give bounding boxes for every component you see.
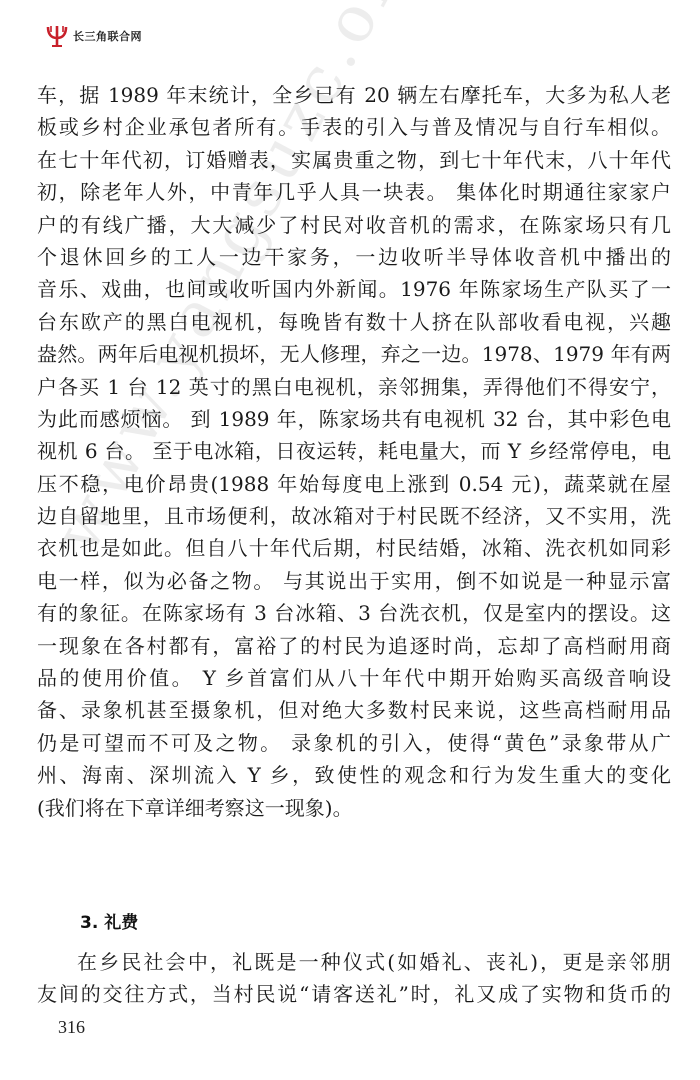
text-line: 在七十年代初，订婚赠表，实属贵重之物，到七十年代末，八十年代 [37, 144, 671, 176]
text-line: 边自留地里，且市场便利，故冰箱对于村民既不经济，又不实用，洗 [37, 500, 671, 532]
text-line: 备、录象机甚至摄象机，但对绝大多数村民来说，这些高档耐用品 [37, 694, 671, 726]
psi-logo-icon [46, 24, 68, 48]
text-line: 台东欧产的黑白电视机，每晚皆有数十人挤在队部收看电视，兴趣 [37, 306, 671, 338]
site-name: 长三角联合网 [73, 28, 142, 44]
text-line: 电一样，似为必备之物。 与其说出于实用，倒不如说是一种显示富 [37, 565, 671, 597]
text-line: 户的有线广播，大大减少了村民对收音机的需求，在陈家场只有几 [37, 209, 671, 241]
text-line: 衣机也是如此。但自八十年代后期，村民结婚，冰箱、洗衣机如同彩 [37, 532, 671, 564]
text-line: 音乐、戏曲，也间或收听国内外新闻。1976 年陈家场生产队买了一 [37, 273, 671, 305]
text-line: 仍是可望而不可及之物。 录象机的引入，使得“黄色”录象带从广 [37, 727, 671, 759]
text-line: 板或乡村企业承包者所有。手表的引入与普及情况与自行车相似。 [37, 111, 671, 143]
text-line: (我们将在下章详细考察这一现象)。 [37, 792, 671, 824]
site-header: 长三角联合网 [46, 24, 142, 48]
text-line: 初，除老年人外，中青年几乎人具一块表。 集体化时期通往家家户 [37, 176, 671, 208]
text-line: 一现象在各村都有，富裕了的村民为追逐时尚，忘却了高档耐用商 [37, 630, 671, 662]
text-line: 个退休回乡的工人一边干家务，一边收听半导体收音机中播出的 [37, 241, 671, 273]
text-line: 压不稳，电价昂贵(1988 年始每度电上涨到 0.54 元)，蔬菜就在屋 [37, 468, 671, 500]
text-line: 为此而感烦恼。 到 1989 年，陈家场共有电视机 32 台，其中彩色电 [37, 403, 671, 435]
body-paragraph-1: 车，据 1989 年末统计，全乡已有 20 辆左右摩托车，大多为私人老 板或乡村… [37, 79, 671, 824]
text-line: 在乡民社会中，礼既是一种仪式(如婚礼、丧礼)，更是亲邻朋 [37, 946, 671, 978]
text-line: 有的象征。在陈家场有 3 台冰箱、3 台洗衣机，仅是室内的摆设。这 [37, 597, 671, 629]
text-line: 友间的交往方式，当村民说“请客送礼”时，礼又成了实物和货币的 [37, 978, 671, 1010]
page-number: 316 [58, 1017, 85, 1038]
text-line: 盎然。两年后电视机损坏，无人修理，弃之一边。1978、1979 年有两 [37, 338, 671, 370]
body-paragraph-2: 在乡民社会中，礼既是一种仪式(如婚礼、丧礼)，更是亲邻朋 友间的交往方式，当村民… [37, 946, 671, 1011]
text-line: 视机 6 台。 至于电冰箱，日夜运转，耗电量大，而 Y 乡经常停电，电 [37, 435, 671, 467]
text-line: 州、海南、深圳流入 Y 乡，致使性的观念和行为发生重大的变化 [37, 759, 671, 791]
text-line: 户各买 1 台 12 英寸的黑白电视机，亲邻拥集，弄得他们不得安宁， [37, 371, 671, 403]
section-heading: 3. 礼费 [80, 908, 138, 933]
text-line: 品的使用价值。 Y 乡首富们从八十年代中期开始购买高级音响设 [37, 662, 671, 694]
text-line: 车，据 1989 年末统计，全乡已有 20 辆左右摩托车，大多为私人老 [37, 79, 671, 111]
